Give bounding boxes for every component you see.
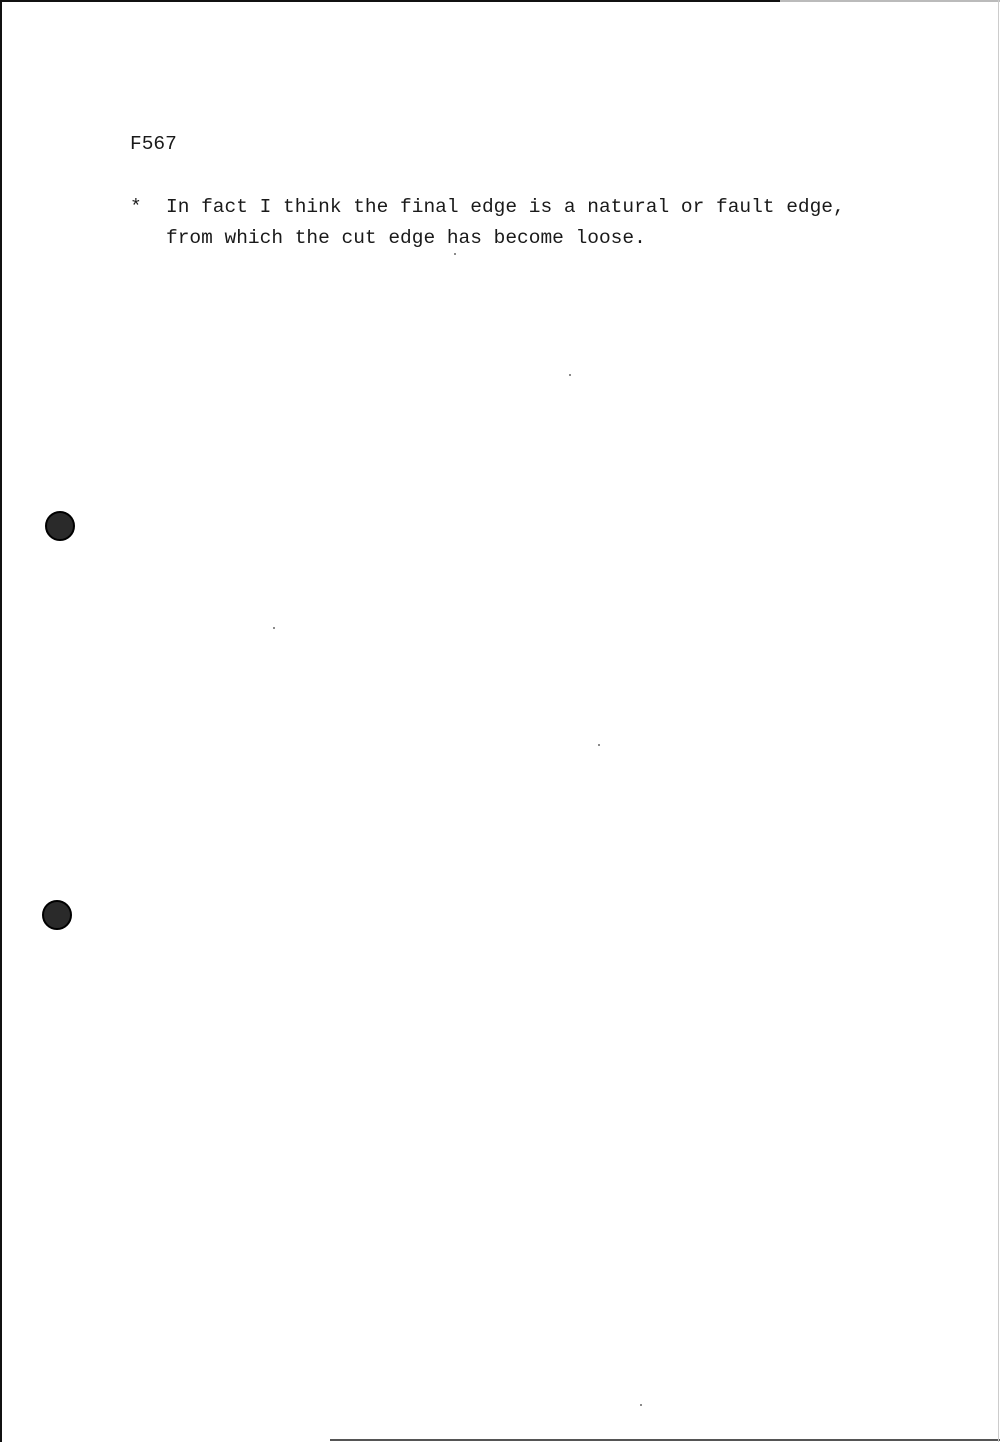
scan-speck <box>598 744 600 746</box>
punch-hole-upper <box>45 511 75 541</box>
scan-speck <box>454 253 456 255</box>
footnote-line-1: In fact I think the final edge is a natu… <box>166 196 845 218</box>
scan-speck <box>640 1404 642 1406</box>
scan-speck <box>569 374 571 376</box>
footnote-line-2: from which the cut edge has become loose… <box>166 227 646 249</box>
page-edge-top <box>0 0 780 2</box>
page-edge-left <box>0 0 2 1442</box>
page-edge-bottom <box>330 1439 1000 1441</box>
scanned-page: F567 * In fact I think the final edge is… <box>0 0 1000 1442</box>
punch-hole-lower <box>42 900 72 930</box>
scan-speck <box>273 627 275 629</box>
document-reference-id: F567 <box>130 133 177 155</box>
page-edge-right <box>998 0 999 1442</box>
page-edge-top-faint <box>780 0 1000 2</box>
footnote-asterisk-marker: * <box>130 196 142 218</box>
